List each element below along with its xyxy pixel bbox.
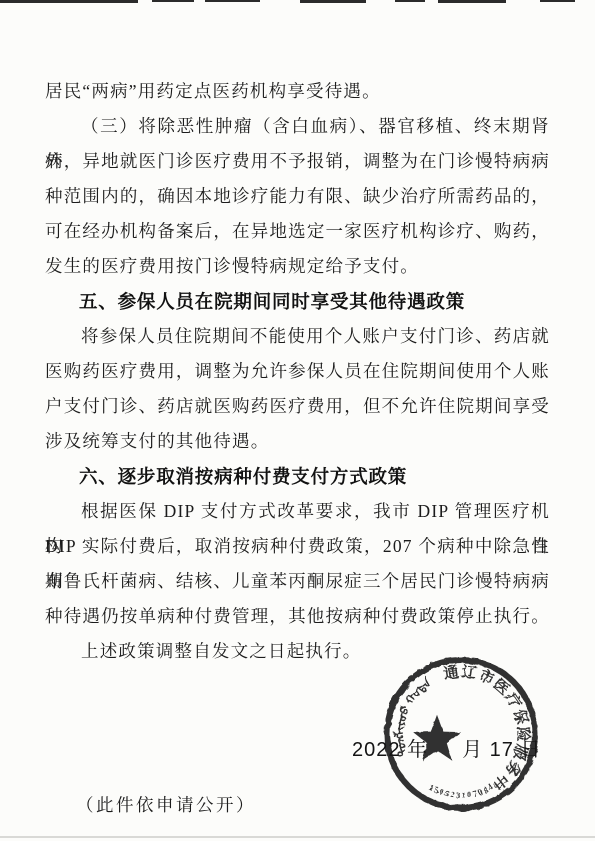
scan-artifact-line (540, 0, 575, 2)
scan-artifact-line (0, 836, 595, 838)
scan-artifact-line (205, 0, 260, 2)
document-body: 居民“两病”用药定点医药机构享受待遇。 （三）将除恶性肿瘤（含白血病）、器官移植… (45, 74, 550, 669)
body-line: 布鲁氏杆菌病、结核、儿童苯丙酮尿症三个居民门诊慢特病病 (45, 564, 550, 599)
section-heading-6: 六、逐步取消按病种付费支付方式政策 (45, 459, 550, 494)
body-line: 种待遇仍按单病种付费管理，其他按病种付费政策停止执行。 (45, 599, 550, 634)
section-heading-5: 五、参保人员在院期间同时享受其他待遇政策 (45, 284, 550, 319)
scan-artifact-line (438, 0, 506, 3)
scanned-document-page: 居民“两病”用药定点医药机构享受待遇。 （三）将除恶性肿瘤（含白血病）、器官移植… (0, 0, 595, 841)
scan-artifact-line (0, 0, 138, 3)
issue-date-year: 2022 年 (352, 739, 428, 761)
body-line: 涉及统筹支付的其他待遇。 (45, 424, 550, 459)
scan-artifact-line (152, 0, 194, 2)
body-line: 户支付门诊、药店就医购药医疗费用，但不允许住院期间享受 (45, 389, 550, 424)
body-line: DIP 实际付费后，取消按病种付费政策，207 个病种中除急性期 (45, 529, 550, 564)
body-line: 医购药医疗费用，调整为允许参保人员在住院期间使用个人账 (45, 354, 550, 389)
scan-artifact-line (395, 0, 425, 2)
disclosure-note: （此件依申请公开） (76, 792, 256, 817)
body-line: 居民“两病”用药定点医药机构享受待遇。 (45, 74, 550, 109)
issue-date-day: 月 17 日 (462, 739, 541, 761)
body-line: 根据医保 DIP 支付方式改革要求，我市 DIP 管理医疗机构自 (45, 494, 550, 529)
body-line: 可在经办机构备案后，在异地选定一家医疗机构诊疗、购药， (45, 214, 550, 249)
body-line: 种范围内的，确因本地诊疗能力有限、缺少治疗所需药品的， (45, 179, 550, 214)
issue-date: 2022 年月 17 日 (352, 733, 541, 762)
body-line: （三）将除恶性肿瘤（含白血病）、器官移植、终末期肾病 (45, 109, 550, 144)
scan-artifact-line (300, 0, 366, 3)
seal-organization-text: 通辽市医疗保险服务中心 (442, 662, 532, 793)
body-line: 外，异地就医门诊医疗费用不予报销，调整为在门诊慢特病病 (45, 144, 550, 179)
body-line: 将参保人员住院期间不能使用个人账户支付门诊、药店就 (45, 319, 550, 354)
body-line: 发生的医疗费用按门诊慢特病规定给予支付。 (45, 249, 550, 284)
